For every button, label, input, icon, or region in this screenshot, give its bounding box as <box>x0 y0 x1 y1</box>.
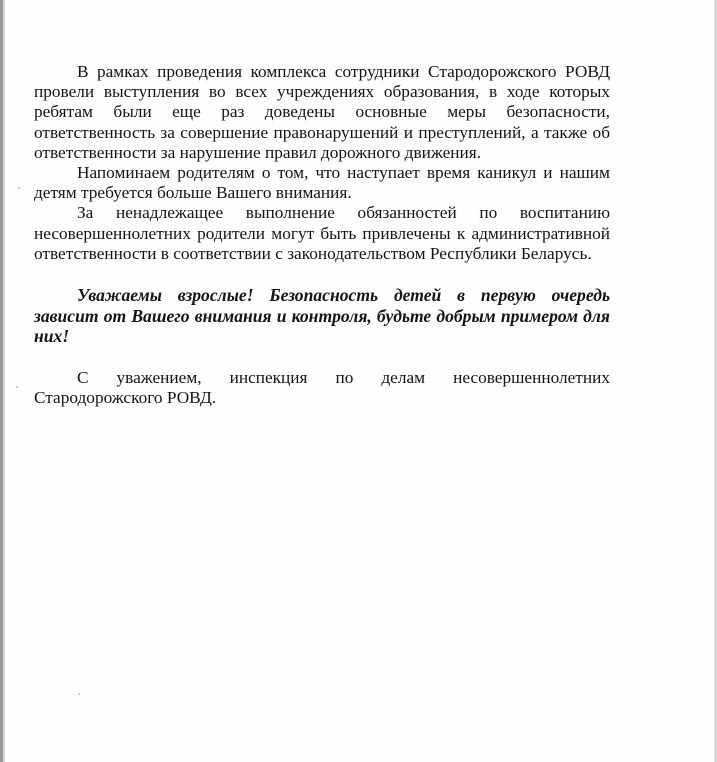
scan-speck <box>78 693 80 695</box>
document-body: В рамках проведения комплекса сотрудники… <box>34 62 610 408</box>
scanned-page: В рамках проведения комплекса сотрудники… <box>0 0 717 762</box>
scan-speck <box>18 187 20 189</box>
scan-speck <box>16 386 18 388</box>
signature: С уважением, инспекция по делам несоверш… <box>34 368 610 408</box>
scan-edge-left-shadow <box>3 0 5 762</box>
paragraph-liability: За ненадлежащее выполнение обязанностей … <box>34 203 610 264</box>
paragraph-outreach: В рамках проведения комплекса сотрудники… <box>34 62 610 163</box>
paragraph-reminder: Напоминаем родителям о том, что наступае… <box>34 163 610 203</box>
appeal-to-adults: Уважаемы взрослые! Безопасность детей в … <box>34 285 610 347</box>
